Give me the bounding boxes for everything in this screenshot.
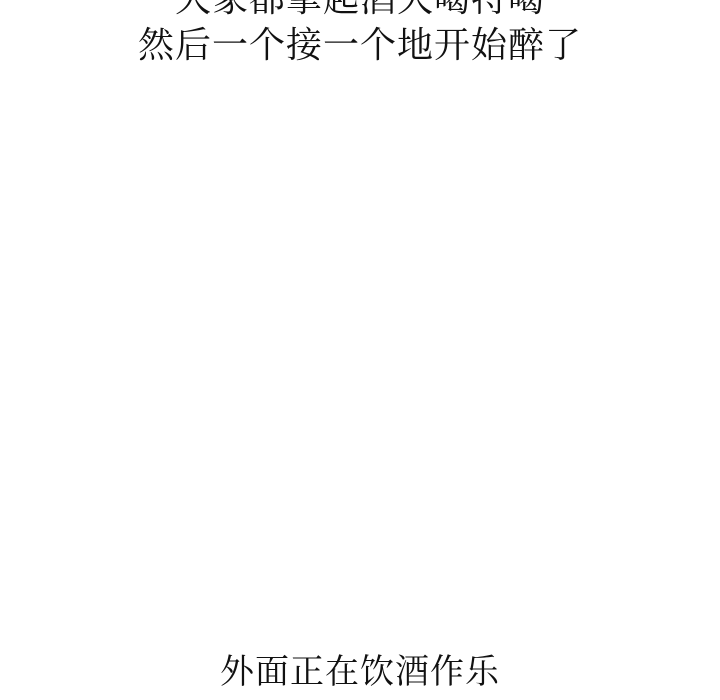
caption-line-1: 大家都拿起酒大喝特喝 xyxy=(0,0,720,20)
caption-line-2: 然后一个接一个地开始醉了 xyxy=(0,26,720,66)
caption-bottom: 外面正在饮酒作乐 xyxy=(0,652,720,692)
